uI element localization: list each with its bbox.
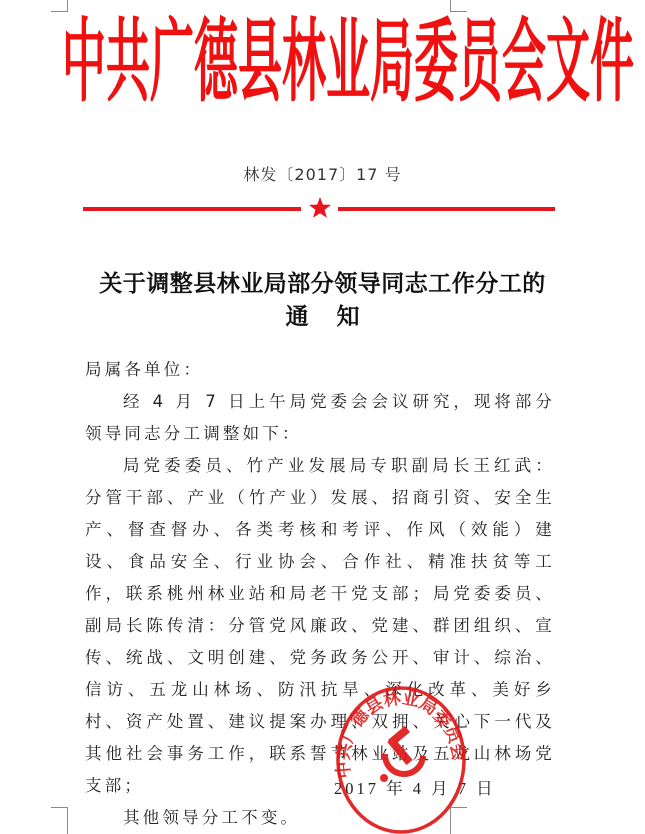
divider-line-right (338, 207, 555, 211)
body-paragraph: 其他领导分工不变。 (85, 802, 555, 834)
masthead-char: 员 (458, 19, 502, 109)
divider-line-left (83, 207, 301, 211)
masthead-char: 广 (150, 19, 194, 109)
notice-title-second-line: 通知 (0, 298, 645, 331)
notice-title: 关于调整县林业局部分领导同志工作分工的 (0, 265, 645, 298)
body-paragraph: 经 4 月 7 日上午局党委会会议研究，现将部分领导同志分工调整如下： (85, 386, 555, 450)
masthead-char: 件 (590, 19, 634, 109)
star-icon (308, 196, 332, 220)
salutation: 局属各单位： (85, 354, 555, 386)
masthead-char: 委 (414, 19, 458, 109)
masthead-char: 县 (238, 19, 282, 109)
signature-date: 2017 年 4 月 7 日 (334, 775, 496, 799)
document-number: 林发〔2017〕17 号 (0, 162, 645, 185)
notice-body: 局属各单位： 经 4 月 7 日上午局党委会会议研究，现将部分领导同志分工调整如… (85, 354, 555, 834)
masthead-char: 文 (546, 19, 590, 109)
document-masthead: 中 共 广 德 县 林 业 局 委 员 会 文 件 (62, 12, 584, 116)
masthead-char: 业 (326, 19, 370, 109)
body-paragraph: 局党委委员、竹产业发展局专职副局长王红武：分管干部、产业（竹产业）发展、招商引资… (85, 450, 555, 802)
masthead-char: 局 (370, 19, 414, 109)
page-corner-mark-bottom-left (51, 807, 68, 834)
masthead-char: 林 (282, 19, 326, 109)
masthead-char: 德 (194, 19, 238, 109)
masthead-char: 共 (106, 19, 150, 109)
masthead-char: 中 (62, 19, 106, 109)
masthead-char: 会 (502, 19, 546, 109)
